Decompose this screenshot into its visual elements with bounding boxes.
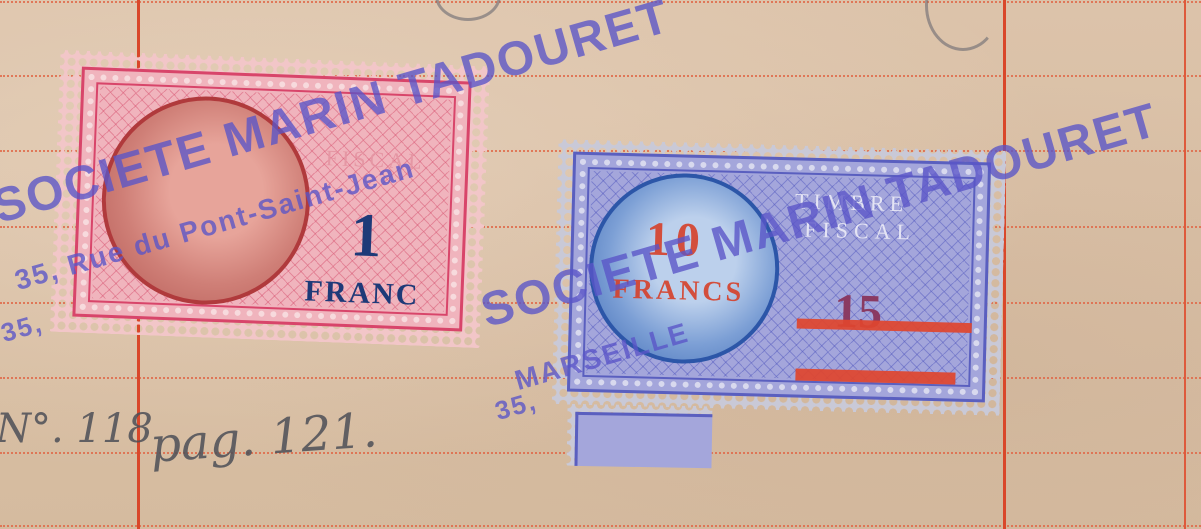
- handwritten-number: N°. 118: [0, 406, 153, 452]
- cancelled-value: 15: [833, 283, 882, 339]
- stamp-frame: [574, 412, 712, 468]
- dotted-rule: [0, 525, 1201, 527]
- dotted-rule: [0, 1, 1201, 3]
- stamp-value: 1: [349, 204, 382, 267]
- stamp-fragment: [566, 404, 712, 469]
- stamp-unit: FRANC: [304, 274, 420, 312]
- column-rule: [1184, 0, 1186, 529]
- column-rule: [1003, 0, 1006, 529]
